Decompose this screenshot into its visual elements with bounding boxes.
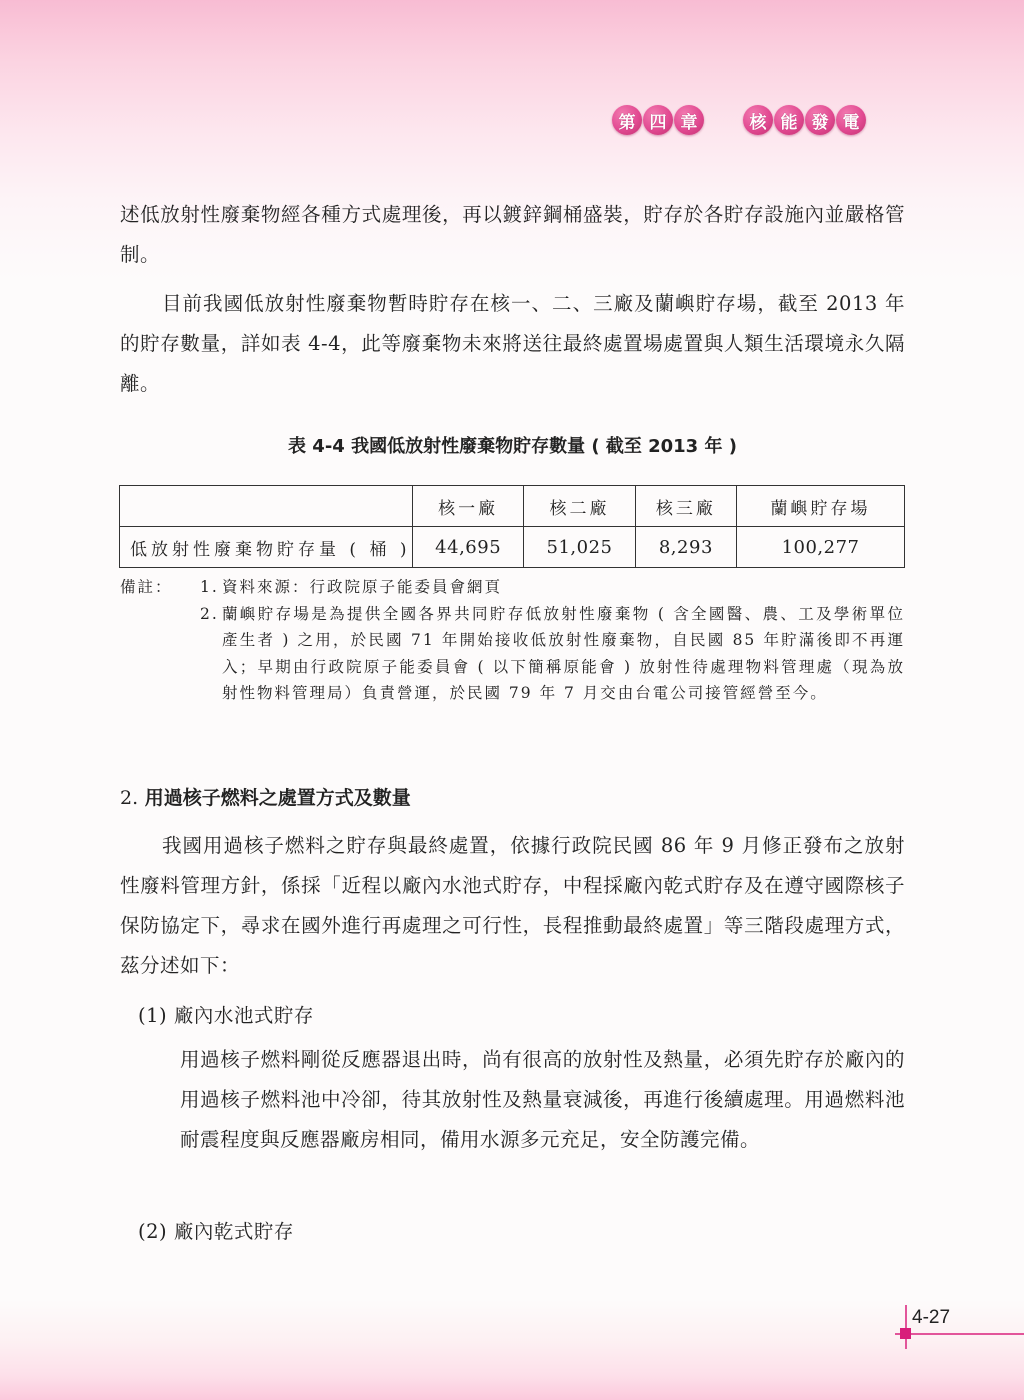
divider <box>895 1333 1024 1335</box>
table-header-cell: 蘭嶼貯存場 <box>737 486 905 527</box>
notes-label: 備註： <box>120 574 200 601</box>
note-text: 蘭嶼貯存場是為提供全國各界共同貯存低放射性廢棄物 ( 含全國醫、農、工及學術單位… <box>222 601 905 707</box>
title-ball: 電 <box>836 105 866 135</box>
chapter-ball: 章 <box>674 105 704 135</box>
table-notes: 備註： 1. 資料來源：行政院原子能委員會網頁 2. 蘭嶼貯存場是為提供全國各界… <box>120 574 905 707</box>
subsection-heading: (1) 廠內水池式貯存 <box>138 1000 314 1028</box>
table-header-row: 核一廠 核二廠 核三廠 蘭嶼貯存場 <box>120 486 905 527</box>
title-ball: 能 <box>774 105 804 135</box>
table-cell: 44,695 <box>413 527 524 568</box>
table-caption: 表 4-4 我國低放射性廢棄物貯存數量 ( 截至 2013 年 ) <box>120 432 905 458</box>
note-number: 2. <box>200 601 222 707</box>
page-number-marker: 4-27 <box>895 1300 1024 1350</box>
table-header-cell <box>120 486 413 527</box>
section-number: 2. <box>120 787 138 809</box>
divider <box>905 1305 907 1349</box>
square-marker-icon <box>900 1328 911 1339</box>
section-heading: 2. 用過核子燃料之處置方式及數量 <box>120 783 411 810</box>
subsection-paragraph: 用過核子燃料剛從反應器退出時，尚有很高的放射性及熱量，必須先貯存於廠內的用過核子… <box>180 1040 905 1160</box>
table-header-cell: 核一廠 <box>413 486 524 527</box>
table-row-label: 低放射性廢棄物貯存量 ( 桶 ) <box>120 527 413 568</box>
storage-table: 核一廠 核二廠 核三廠 蘭嶼貯存場 低放射性廢棄物貯存量 ( 桶 ) 44,69… <box>119 485 905 568</box>
table-cell: 100,277 <box>737 527 905 568</box>
chapter-ball: 四 <box>643 105 673 135</box>
note-item: 2. 蘭嶼貯存場是為提供全國各界共同貯存低放射性廢棄物 ( 含全國醫、農、工及學… <box>120 601 905 707</box>
chapter-ball: 第 <box>612 105 642 135</box>
note-number: 1. <box>200 574 222 601</box>
table-cell: 8,293 <box>635 527 736 568</box>
title-ball: 發 <box>805 105 835 135</box>
chapter-header: 第 四 章 核 能 發 電 <box>612 105 867 135</box>
body-paragraph-continued: 述低放射性廢棄物經各種方式處理後，再以鍍鋅鋼桶盛裝，貯存於各貯存設施內並嚴格管制… <box>120 195 905 275</box>
table-row: 低放射性廢棄物貯存量 ( 桶 ) 44,695 51,025 8,293 100… <box>120 527 905 568</box>
chapter-label: 第 四 章 <box>612 105 705 135</box>
section-title-text: 用過核子燃料之處置方式及數量 <box>145 787 411 809</box>
note-item: 備註： 1. 資料來源：行政院原子能委員會網頁 <box>120 574 905 601</box>
body-paragraph: 我國用過核子燃料之貯存與最終處置，依據行政院民國 86 年 9 月修正發布之放射… <box>120 826 905 986</box>
title-ball: 核 <box>743 105 773 135</box>
table-cell: 51,025 <box>524 527 635 568</box>
table-header-cell: 核二廠 <box>524 486 635 527</box>
note-text: 資料來源：行政院原子能委員會網頁 <box>222 574 905 601</box>
table-header-cell: 核三廠 <box>635 486 736 527</box>
chapter-title: 核 能 發 電 <box>743 105 867 135</box>
body-paragraph: 目前我國低放射性廢棄物暫時貯存在核一、二、三廠及蘭嶼貯存場，截至 2013 年的… <box>120 284 905 404</box>
subsection-heading: (2) 廠內乾式貯存 <box>138 1216 294 1244</box>
page-number: 4-27 <box>912 1307 950 1329</box>
